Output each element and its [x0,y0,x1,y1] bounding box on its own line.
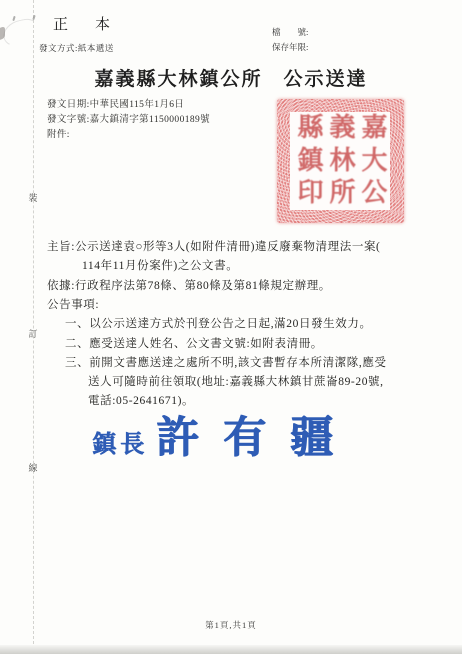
legal-basis-line: 依據:行政程序法第78條、第80條及第81條規定辦理。 [47,277,331,293]
subject-line-2: 114年11月份案件)之公文書。 [82,257,238,273]
mayor-signature: 鎮長 許有疆 [92,404,372,466]
subject-line-1: 主旨:公示送達袁○形等3人(如附件清冊)違反廢棄物清理法一案( [47,238,380,254]
announcement-item-1: 一、以公示送達方式於刊登公告之日起,滿20日發生效力。 [65,315,372,331]
issue-date: 發文日期:中華民國115年1月6日 [47,96,184,110]
announcement-item-3-line-1: 三、前開文書應送達之處所不明,該文書暫存本所清潔隊,應受 [65,354,387,370]
document-title: 嘉義縣大林鎮公所 公示送達 [0,64,462,91]
document-page: 裝 訂 線 正 本 發文方式:紙本遞送 檔 號: 保存年限: 嘉義縣大林鎮公所 … [0,0,462,654]
attachment-label: 附件: [47,126,70,140]
seal-text-column: 嘉義縣 [292,113,388,144]
page-number-footer: 第1頁,共1頁 [0,619,462,631]
document-number: 發文字號:嘉大鎮清字第1150000189號 [47,111,210,125]
retention-period-label: 保存年限: [272,41,308,53]
announcement-header: 公告事項: [47,296,99,312]
announcement-item-3-line-2: 送人可隨時前往領取(地址:嘉義縣大林鎮甘蔗崙89-20號, [88,373,384,389]
seal-inner-face: 嘉義縣 大林鎮 公所印 [290,112,390,210]
scan-bottom-edge [0,645,462,654]
seal-text-column: 大林鎮 [292,146,388,177]
file-number-label: 檔 號: [272,26,308,38]
mayor-title: 鎮長 [92,424,148,459]
scan-smudge-artifact [1,17,42,50]
copy-type-label: 正 本 [53,13,116,34]
seal-text-column: 公所印 [292,178,388,209]
binding-marker-ding: 訂 [26,327,40,340]
mayor-name: 許有疆 [156,404,357,465]
official-red-seal: 嘉義縣 大林鎮 公所印 [277,99,404,223]
delivery-method-label: 發文方式:紙本遞送 [39,42,114,54]
binding-marker-xian: 線 [26,461,40,474]
announcement-item-2: 二、應受送達人姓名、公文書文號:如附表清冊。 [65,335,323,351]
binding-marker-zhuang: 裝 [26,191,40,204]
scan-tick-artifact [32,15,35,20]
